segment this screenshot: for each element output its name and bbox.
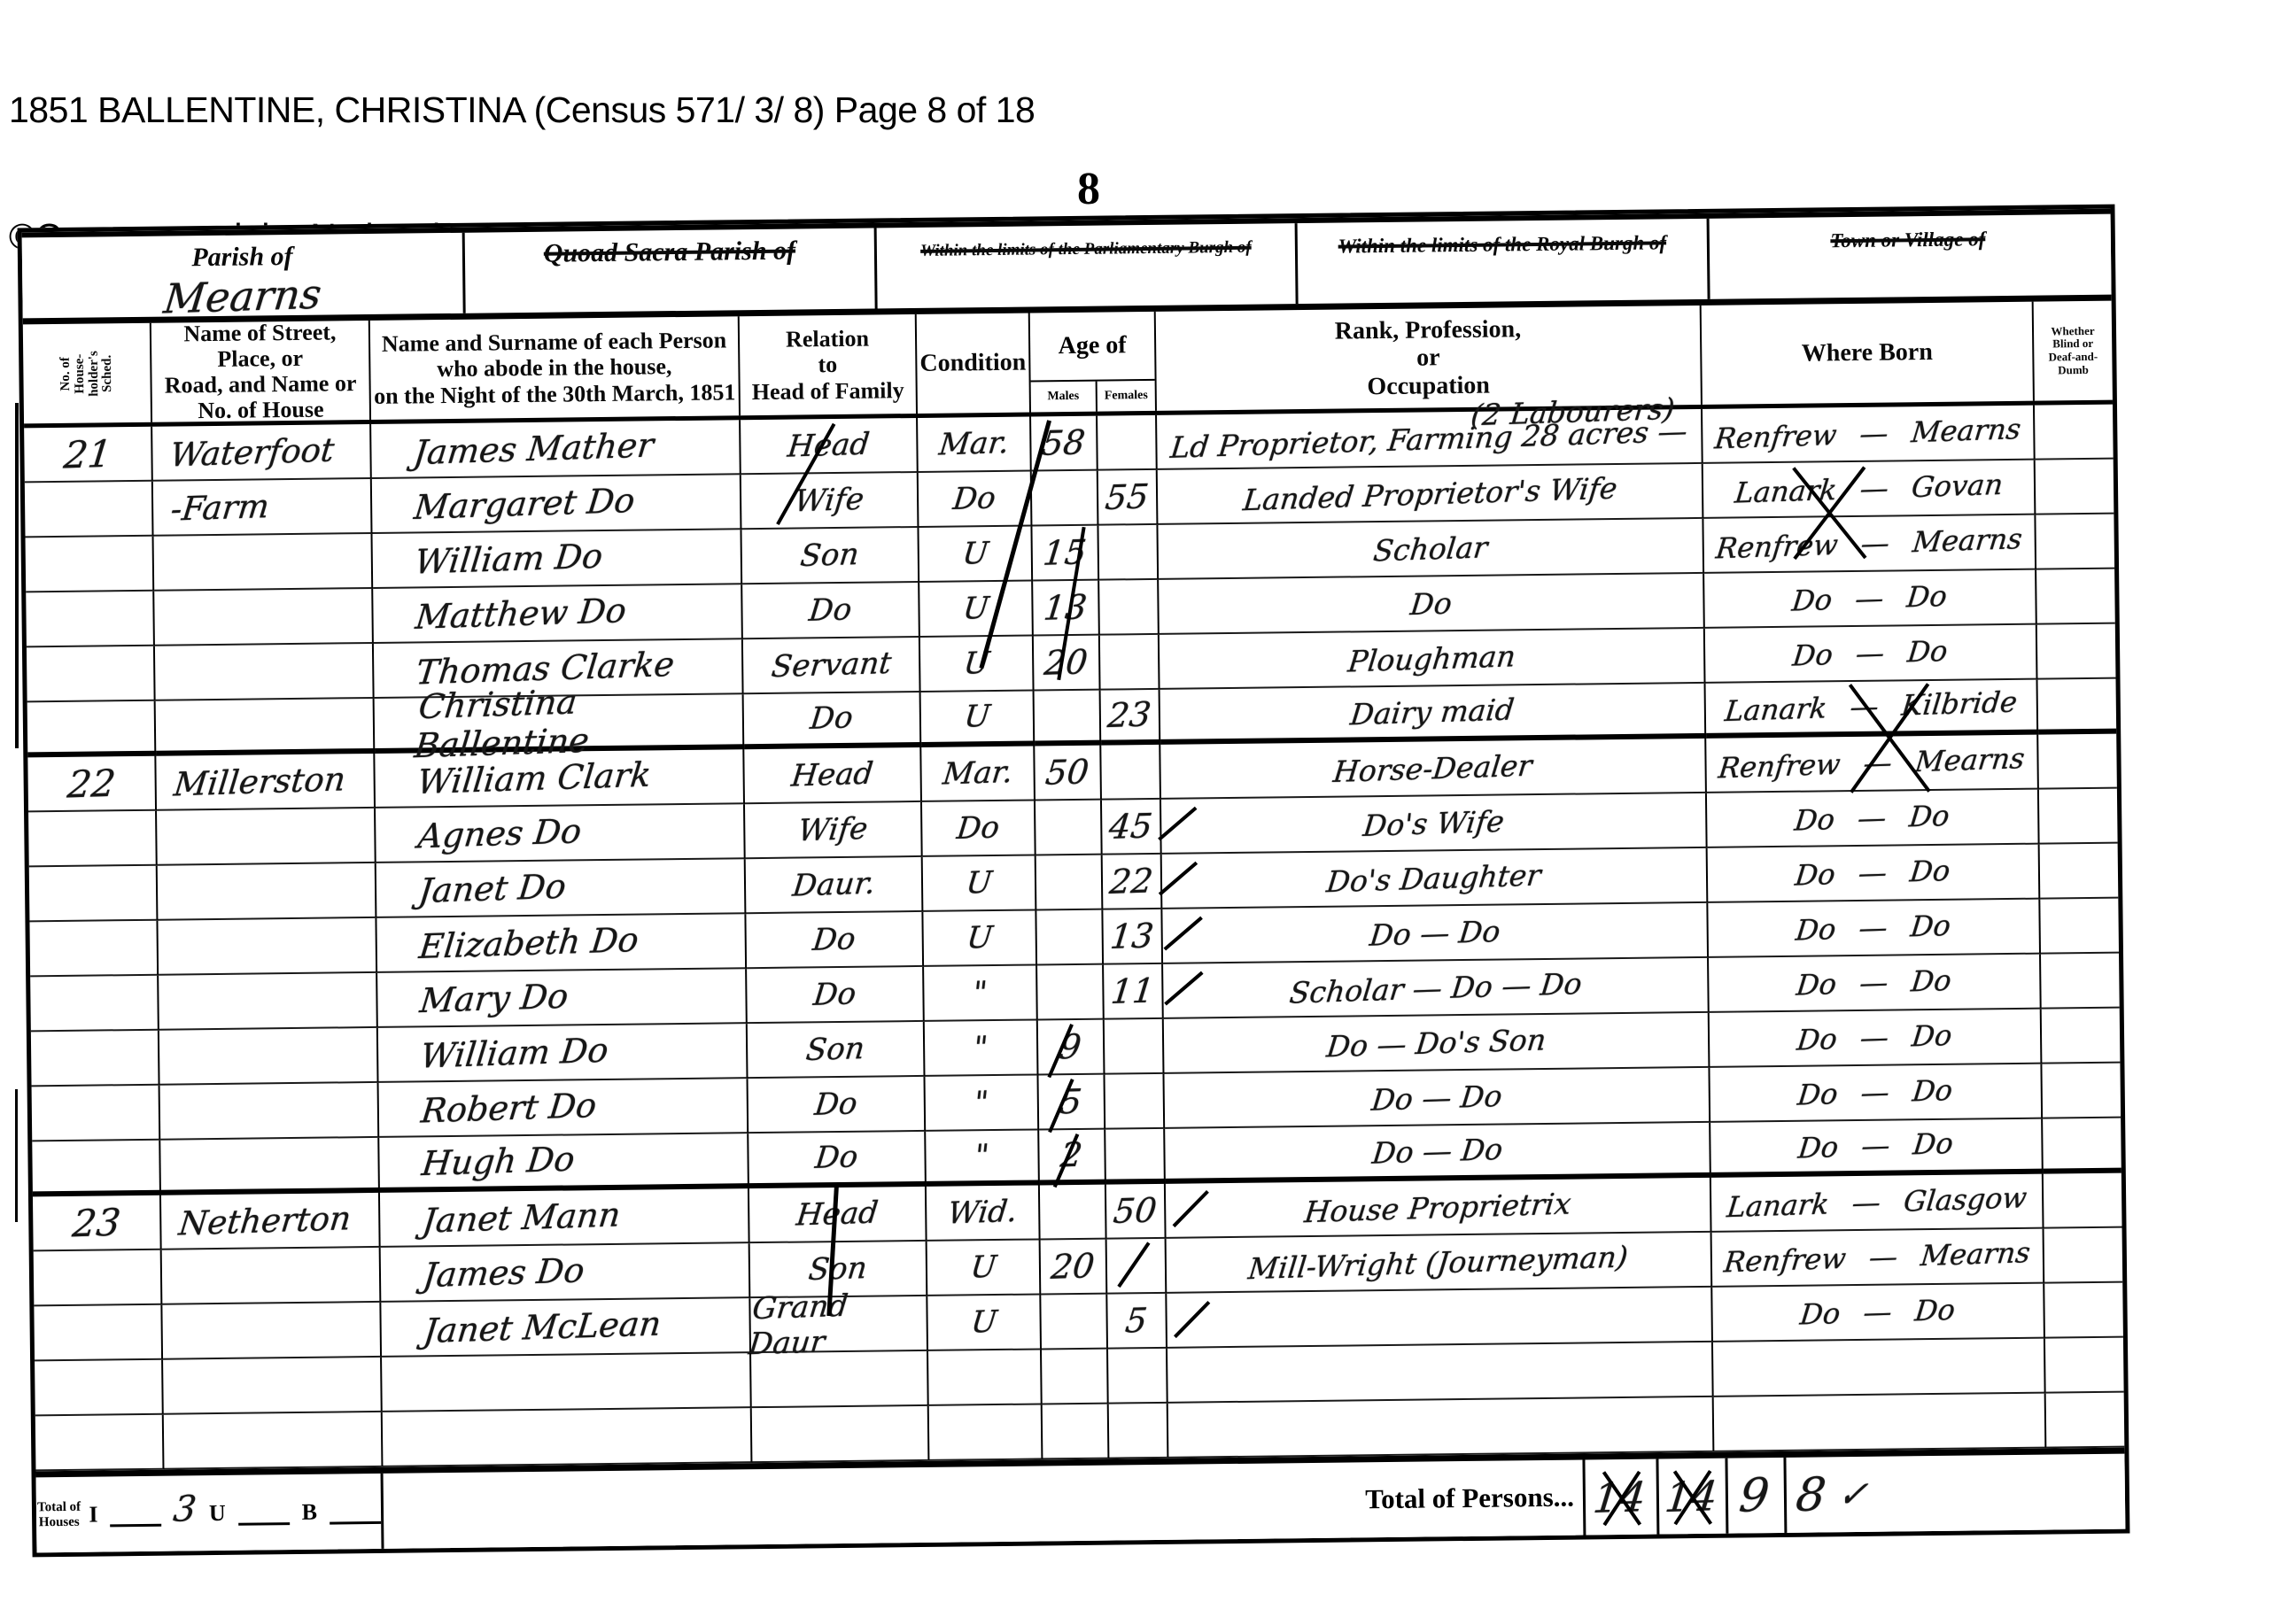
rel-cell: Do bbox=[746, 912, 924, 969]
name-value: Janet Do bbox=[416, 867, 568, 910]
name-cell: James Mather bbox=[371, 420, 741, 479]
cond-value: U bbox=[969, 1304, 998, 1341]
born-value: Do — Do bbox=[1793, 799, 1951, 838]
occ-value: Do — Do bbox=[1370, 1131, 1504, 1170]
total-of-houses-box: Total of Houses I3UB bbox=[36, 1474, 384, 1552]
m-cell bbox=[1036, 855, 1104, 911]
cond-cell: " bbox=[924, 965, 1038, 1021]
born-cell: Lanark — Kilbride bbox=[1706, 680, 2039, 739]
born-value: Do — Do bbox=[1795, 909, 1953, 948]
rel-value: Do bbox=[811, 921, 857, 958]
no-cell bbox=[25, 482, 154, 538]
no-cell bbox=[26, 592, 155, 648]
cond-value: " bbox=[973, 1138, 991, 1174]
rel-value: Son bbox=[804, 1031, 866, 1068]
street-cell bbox=[160, 1138, 380, 1195]
dis-cell bbox=[2041, 954, 2120, 1010]
m-cell: 20 bbox=[1034, 636, 1101, 692]
rel-cell: Wife bbox=[745, 802, 923, 859]
street-cell bbox=[158, 918, 377, 976]
born-cell: Do — Do bbox=[1709, 955, 2042, 1013]
f-cell: 5 bbox=[1107, 1294, 1167, 1350]
name-cell: Elizabeth Do bbox=[376, 914, 747, 973]
cond-value: " bbox=[973, 1085, 990, 1121]
occ-value: Mill-Wright (Journeyman) bbox=[1247, 1239, 1630, 1286]
rel-cell: Do bbox=[744, 692, 922, 749]
born-cell: Do — Do bbox=[1708, 900, 2041, 958]
m-value: 20 bbox=[1043, 642, 1090, 683]
top-section-1: Parish ofMearns bbox=[22, 233, 466, 319]
name-value: Robert Do bbox=[419, 1086, 598, 1130]
cond-cell: Wid. bbox=[927, 1185, 1041, 1241]
f-cell bbox=[1098, 415, 1158, 471]
occ-cell bbox=[1167, 1288, 1713, 1349]
occ-cell: Do's Daughter bbox=[1162, 848, 1709, 909]
occ-cell: Horse-Dealer bbox=[1160, 739, 1707, 800]
column-header-relation: RelationtoHead of Family bbox=[740, 314, 918, 415]
dis-cell bbox=[2037, 679, 2116, 735]
name-value: Agnes Do bbox=[416, 811, 584, 855]
street-value: -Farm bbox=[169, 487, 271, 529]
rel-value: Do bbox=[813, 1086, 859, 1123]
struck-total-females: 14 bbox=[1656, 1458, 1726, 1535]
m-value: 50 bbox=[1043, 752, 1090, 793]
scan-page-number: 8 bbox=[1077, 163, 1100, 215]
dis-cell bbox=[2038, 734, 2117, 790]
rel-cell: Son bbox=[741, 528, 919, 584]
top-section-2: Quoad Sacra Parish of bbox=[465, 228, 878, 313]
occ-cell: House Proprietrix bbox=[1166, 1178, 1712, 1239]
no-value: 22 bbox=[66, 761, 118, 806]
dis-cell bbox=[2046, 1393, 2125, 1449]
dis-cell bbox=[2039, 789, 2118, 845]
cond-cell: Mar. bbox=[921, 746, 1036, 801]
occ-cell: Do — Do bbox=[1164, 1068, 1710, 1129]
m-cell bbox=[1036, 801, 1103, 856]
f-cell: 23 bbox=[1101, 690, 1161, 746]
dis-cell bbox=[2044, 1228, 2123, 1284]
rel-cell bbox=[751, 1351, 929, 1408]
dis-cell bbox=[2035, 405, 2114, 460]
rel-value: Daur. bbox=[790, 866, 876, 904]
born-cell bbox=[1714, 1394, 2047, 1452]
name-value: Mary Do bbox=[418, 977, 570, 1020]
houses-count-value: 3 bbox=[172, 1488, 198, 1529]
dis-cell bbox=[2040, 844, 2119, 900]
born-cell: Do — Do bbox=[1710, 1119, 2044, 1178]
occ-cell bbox=[1167, 1342, 1714, 1404]
occ-cell: Scholar — Do — Do bbox=[1163, 958, 1710, 1019]
name-cell: Matthew Do bbox=[373, 584, 743, 644]
born-cell: Renfrew — Mearns bbox=[1703, 406, 2036, 464]
no-cell: 21 bbox=[24, 427, 153, 484]
f-cell bbox=[1101, 745, 1161, 801]
no-cell bbox=[27, 701, 157, 758]
cond-value: Wid. bbox=[946, 1194, 1019, 1232]
f-value: 45 bbox=[1107, 806, 1154, 847]
rel-value: Wife bbox=[796, 811, 869, 849]
born-cell: Do — Do bbox=[1708, 845, 2041, 903]
no-cell bbox=[34, 1250, 163, 1307]
occ-cell: Ploughman bbox=[1160, 629, 1706, 690]
top-section-5: Town or Village of bbox=[1710, 214, 2107, 299]
born-cell: Do — Do bbox=[1710, 1064, 2043, 1123]
occ-cell: Do's Wife bbox=[1161, 793, 1708, 855]
rel-cell: Head bbox=[744, 747, 922, 804]
scan-edge-line bbox=[15, 1089, 18, 1222]
cond-value: U bbox=[965, 920, 994, 956]
occ-value: Landed Proprietor's Wife bbox=[1241, 470, 1618, 517]
dis-cell bbox=[2036, 569, 2115, 625]
cond-value: U bbox=[960, 536, 989, 572]
rel-cell: Servant bbox=[743, 638, 921, 694]
f-cell bbox=[1109, 1404, 1169, 1459]
born-cell: Lanark — Glasgow bbox=[1711, 1174, 2044, 1233]
no-cell: 23 bbox=[33, 1195, 162, 1252]
houses-letter: U bbox=[209, 1499, 226, 1526]
rel-cell: Wife bbox=[741, 473, 919, 530]
dis-cell bbox=[2042, 1064, 2121, 1119]
cond-cell: U bbox=[927, 1240, 1042, 1296]
born-cell: Do — Do bbox=[1705, 625, 2038, 684]
f-cell: 11 bbox=[1104, 964, 1164, 1020]
occ-value: Horse-Dealer bbox=[1331, 747, 1533, 788]
cond-cell: U bbox=[923, 910, 1037, 966]
top-section-value: Mearns bbox=[161, 270, 323, 323]
age-sub-males: Males bbox=[1031, 382, 1098, 413]
cond-value: U bbox=[961, 591, 990, 627]
cond-cell: U bbox=[927, 1295, 1042, 1350]
occ-value: Scholar — Do — Do bbox=[1287, 966, 1583, 1010]
born-cell bbox=[1713, 1339, 2046, 1397]
born-value: Do — Do bbox=[1796, 1018, 1954, 1057]
rel-cell: Do bbox=[742, 583, 920, 639]
no-cell bbox=[27, 646, 156, 703]
rel-cell: Grand Daur bbox=[750, 1296, 928, 1353]
dis-cell bbox=[2045, 1338, 2124, 1394]
born-value: Lanark — Govan bbox=[1733, 468, 2004, 510]
no-cell bbox=[31, 1031, 160, 1087]
occ-cell: Do — Do's Son bbox=[1164, 1013, 1710, 1074]
f-cell bbox=[1108, 1349, 1168, 1404]
document-title: 1851 BALLENTINE, CHRISTINA (Census 571/ … bbox=[9, 89, 1492, 132]
cond-value: U bbox=[964, 865, 993, 901]
cond-value: " bbox=[971, 975, 989, 1011]
name-value: Hugh Do bbox=[420, 1140, 577, 1184]
no-cell bbox=[30, 976, 159, 1033]
m-cell: 15 bbox=[1032, 526, 1099, 582]
born-cell: Do — Do bbox=[1712, 1284, 2045, 1342]
born-value: Do — Do bbox=[1791, 634, 1950, 673]
f-value: 50 bbox=[1112, 1190, 1159, 1231]
f-value: 11 bbox=[1109, 971, 1156, 1011]
cond-value: Do bbox=[955, 809, 1001, 847]
m-cell bbox=[1042, 1350, 1109, 1405]
name-value: Margaret Do bbox=[412, 481, 636, 527]
dis-cell bbox=[2036, 460, 2114, 515]
occ-cell: Do bbox=[1159, 574, 1705, 635]
no-cell bbox=[35, 1415, 165, 1472]
occ-value: Do's Daughter bbox=[1325, 857, 1543, 899]
born-value: Do — Do bbox=[1791, 579, 1950, 618]
cond-value: Mar. bbox=[941, 754, 1014, 793]
top-section-4: Within the limits of the Royal Burgh of bbox=[1298, 219, 1710, 304]
name-value: William Do bbox=[419, 1031, 610, 1076]
occ-cell: Do — Do bbox=[1165, 1123, 1711, 1184]
occ-value: House Proprietrix bbox=[1303, 1186, 1573, 1229]
street-cell bbox=[162, 1303, 382, 1360]
underline-mark bbox=[330, 1521, 381, 1525]
no-cell bbox=[34, 1305, 163, 1362]
f-value: 22 bbox=[1108, 861, 1155, 901]
name-value: William Do bbox=[413, 537, 604, 582]
born-cell: Renfrew — Mearns bbox=[1703, 515, 2036, 574]
occ-cell: Ld Proprietor, Farming 28 acres —(2 Labo… bbox=[1157, 409, 1703, 470]
name-cell: Mary Do bbox=[377, 969, 748, 1028]
cond-cell: " bbox=[926, 1075, 1040, 1131]
born-cell: Renfrew — Mearns bbox=[1712, 1229, 2045, 1288]
f-cell bbox=[1105, 1074, 1165, 1130]
no-value: 21 bbox=[62, 431, 114, 476]
no-cell bbox=[28, 811, 158, 868]
f-value: 55 bbox=[1104, 476, 1151, 517]
m-value: 20 bbox=[1050, 1246, 1097, 1287]
f-cell bbox=[1100, 635, 1160, 691]
f-cell bbox=[1098, 525, 1159, 581]
total-of-persons-label: Total of Persons... bbox=[1188, 1482, 1574, 1518]
m-cell bbox=[1043, 1404, 1110, 1460]
rel-value: Do bbox=[813, 1139, 859, 1176]
f-cell bbox=[1099, 580, 1160, 636]
houses-letter: I bbox=[89, 1501, 97, 1528]
rel-value: Servant bbox=[770, 646, 893, 685]
occ-cell: Mill-Wright (Journeyman) bbox=[1167, 1233, 1713, 1294]
column-header-person: Name and Surname of each Personwho abode… bbox=[370, 316, 741, 420]
no-cell bbox=[35, 1360, 164, 1417]
dis-cell bbox=[2037, 624, 2116, 680]
corrected-total-females: 8 ✓ bbox=[1787, 1456, 1920, 1533]
name-cell: Janet Do bbox=[376, 859, 747, 918]
total-of-houses-values: I3UB bbox=[81, 1495, 381, 1530]
f-cell: 45 bbox=[1102, 800, 1162, 855]
street-cell bbox=[154, 534, 374, 592]
top-section-label: Parish of bbox=[191, 242, 293, 273]
f-cell: 55 bbox=[1098, 470, 1159, 526]
no-cell bbox=[32, 1086, 161, 1142]
occ-cell: Dairy maid bbox=[1160, 684, 1707, 745]
occ-cell: Landed Proprietor's Wife bbox=[1158, 464, 1704, 525]
m-cell bbox=[1040, 1185, 1107, 1241]
no-cell bbox=[32, 1141, 161, 1197]
scan-edge-line bbox=[15, 403, 19, 748]
street-value: Millerston bbox=[172, 760, 347, 803]
check-mark: ✓ bbox=[1835, 1474, 1870, 1515]
street-cell: Waterfoot bbox=[152, 424, 372, 482]
m-cell bbox=[1036, 910, 1104, 966]
no-cell bbox=[29, 866, 159, 923]
name-cell: William Do bbox=[378, 1024, 749, 1083]
occ-value: Do bbox=[1408, 585, 1454, 622]
cond-cell: U bbox=[920, 636, 1035, 692]
top-section-label: Within the limits of the Royal Burgh of bbox=[1338, 231, 1667, 258]
top-section-label: Quoad Sacra Parish of bbox=[544, 236, 796, 269]
born-value: Renfrew — Mearns bbox=[1723, 1235, 2033, 1279]
age-sub-females: Females bbox=[1098, 381, 1155, 412]
no-value: 23 bbox=[70, 1200, 122, 1245]
cond-value: Mar. bbox=[937, 425, 1011, 463]
no-cell: 22 bbox=[27, 756, 157, 813]
census-form-scan: Parish ofMearnsQuoad Sacra Parish ofWith… bbox=[18, 205, 2130, 1558]
top-section-3: Within the limits of the Parliamentary B… bbox=[877, 223, 1299, 308]
street-cell bbox=[159, 1028, 379, 1086]
rel-value: Son bbox=[807, 1250, 869, 1288]
column-header-condition: Condition bbox=[917, 313, 1031, 414]
street-cell bbox=[156, 699, 376, 756]
name-value: Janet McLean bbox=[422, 1304, 663, 1350]
occ-cell: Do — Do bbox=[1162, 903, 1709, 964]
cond-cell: " bbox=[926, 1130, 1040, 1186]
rel-cell: Son bbox=[748, 1022, 926, 1079]
street-cell bbox=[158, 863, 377, 921]
born-value: Do — Do bbox=[1796, 963, 1954, 1002]
street-value: Waterfoot bbox=[168, 430, 337, 474]
struck-total-males: 14 bbox=[1582, 1459, 1656, 1536]
column-header-street: Name of Street, Place, orRoad, and Name … bbox=[151, 321, 371, 422]
f-value: 5 bbox=[1124, 1301, 1150, 1341]
occ-value: Scholar bbox=[1371, 530, 1489, 568]
street-cell bbox=[163, 1358, 383, 1415]
street-cell bbox=[154, 589, 374, 646]
born-cell: Do — Do bbox=[1707, 790, 2040, 848]
f-cell: 13 bbox=[1103, 909, 1163, 965]
houses-letter: B bbox=[302, 1498, 318, 1525]
m-cell bbox=[1035, 691, 1102, 747]
born-value: Do — Do bbox=[1799, 1293, 1958, 1332]
rel-value: Wife bbox=[793, 482, 865, 520]
f-value: 23 bbox=[1106, 694, 1153, 735]
cond-cell: Mar. bbox=[918, 417, 1032, 473]
born-cell: Do — Do bbox=[1704, 570, 2037, 629]
name-cell bbox=[382, 1353, 752, 1412]
no-cell bbox=[26, 537, 155, 593]
occ-value: Do — Do bbox=[1369, 1078, 1503, 1117]
born-value: Do — Do bbox=[1796, 1073, 1955, 1112]
f-cell bbox=[1105, 1129, 1166, 1185]
street-cell: Netherton bbox=[161, 1193, 381, 1250]
total-of-houses-label: Total of Houses bbox=[36, 1499, 82, 1529]
dis-cell bbox=[2044, 1283, 2123, 1339]
street-cell bbox=[160, 1083, 380, 1141]
name-cell: Janet McLean bbox=[381, 1298, 751, 1358]
cond-cell: Do bbox=[919, 472, 1033, 528]
f-cell: 50 bbox=[1106, 1184, 1167, 1240]
census-body-grid: 21WaterfootJames MatherHeadMar.58Ld Prop… bbox=[24, 405, 2124, 1472]
street-cell: Millerston bbox=[156, 754, 376, 811]
cond-cell: U bbox=[921, 691, 1036, 747]
street-cell: -Farm bbox=[153, 479, 373, 537]
rel-cell bbox=[752, 1406, 930, 1463]
column-header-schedule: No. ofHouse-holder'sSched. bbox=[23, 323, 152, 424]
rel-cell: Do bbox=[747, 967, 925, 1024]
dis-cell bbox=[2040, 899, 2119, 955]
born-cell: Do — Do bbox=[1710, 1010, 2043, 1068]
m-cell bbox=[1041, 1295, 1108, 1350]
rel-value: Do bbox=[809, 700, 855, 737]
dis-cell bbox=[2042, 1009, 2121, 1064]
f-cell: 22 bbox=[1103, 855, 1163, 910]
name-cell: Christina Ballentine bbox=[375, 694, 745, 754]
cond-cell: Do bbox=[922, 801, 1036, 856]
column-header-age: Age ofMalesFemales bbox=[1030, 312, 1157, 413]
street-cell bbox=[159, 973, 378, 1031]
cond-value: " bbox=[972, 1030, 989, 1066]
cond-value: Do bbox=[951, 480, 997, 517]
page: { "header": { "line1": "1851 BALLENTINE,… bbox=[0, 0, 2296, 1617]
m-cell: 50 bbox=[1035, 746, 1102, 801]
cond-value: U bbox=[968, 1249, 997, 1286]
name-cell: William Do bbox=[373, 530, 743, 589]
street-value: Netherton bbox=[177, 1199, 353, 1242]
rel-value: Son bbox=[799, 537, 861, 574]
occ-value: Ploughman bbox=[1346, 638, 1517, 678]
rel-value: Do bbox=[807, 592, 853, 629]
m-cell bbox=[1037, 965, 1105, 1021]
column-header-born: Where Born bbox=[1702, 302, 2035, 405]
cond-value: U bbox=[962, 699, 991, 735]
name-cell: William Clark bbox=[375, 749, 745, 808]
corrected-total-males: 9 bbox=[1725, 1458, 1784, 1534]
cond-cell bbox=[929, 1404, 1043, 1460]
occ-value: Do — Do bbox=[1368, 913, 1501, 952]
name-cell: Robert Do bbox=[379, 1079, 749, 1138]
name-value: Matthew Do bbox=[414, 591, 628, 637]
f-value: 13 bbox=[1109, 916, 1156, 956]
dis-cell bbox=[2043, 1118, 2121, 1174]
name-value: James Mather bbox=[412, 425, 655, 472]
street-cell bbox=[155, 644, 375, 701]
born-value: Renfrew — Mearns bbox=[1714, 522, 2024, 565]
name-cell: James Do bbox=[381, 1243, 751, 1303]
name-cell bbox=[383, 1408, 753, 1467]
occ-value: Dairy maid bbox=[1348, 692, 1516, 731]
born-value: Lanark — Kilbride bbox=[1723, 685, 2019, 728]
dis-cell bbox=[2036, 514, 2114, 570]
no-cell bbox=[29, 921, 159, 978]
dis-cell bbox=[2044, 1173, 2122, 1229]
cond-cell: U bbox=[923, 855, 1037, 911]
f-cell bbox=[1107, 1239, 1167, 1295]
occ-value: Do — Do's Son bbox=[1324, 1022, 1547, 1064]
name-value: Elizabeth Do bbox=[417, 920, 640, 966]
name-value: Janet Mann bbox=[421, 1195, 623, 1240]
name-value: James Do bbox=[421, 1250, 586, 1295]
occ-value: Do's Wife bbox=[1361, 803, 1506, 842]
cond-cell: U bbox=[919, 581, 1034, 637]
occ-cell bbox=[1168, 1397, 1715, 1458]
born-value: Lanark — Glasgow bbox=[1725, 1180, 2028, 1224]
rel-cell: Daur. bbox=[746, 857, 924, 914]
name-cell: Janet Mann bbox=[380, 1188, 750, 1248]
rel-value: Do bbox=[811, 976, 857, 1013]
street-cell bbox=[157, 808, 376, 866]
occ-cell: Scholar bbox=[1158, 519, 1704, 580]
m-cell bbox=[1032, 471, 1099, 527]
occupation-note: (2 Labourers) bbox=[1470, 391, 1677, 432]
underline-mark bbox=[238, 1522, 290, 1526]
name-cell: Hugh Do bbox=[379, 1133, 749, 1193]
rel-cell: Do bbox=[749, 1077, 927, 1133]
column-header-disability: WhetherBlind orDeaf-and-Dumb bbox=[2034, 301, 2113, 401]
